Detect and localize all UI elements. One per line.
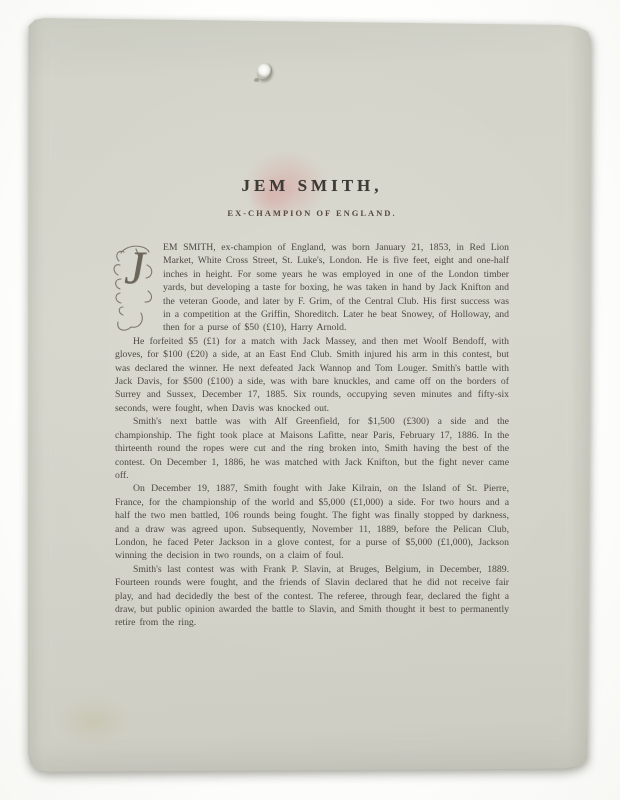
- paragraph: On December 19, 1887, Smith fought with …: [115, 482, 509, 562]
- paper-shadow-wrap: JEM SMITH, EX-CHAMPION OF ENGLAND.: [0, 0, 620, 800]
- ink-speck: [254, 78, 259, 82]
- paragraph: Smith's last contest was with Frank P. S…: [115, 563, 509, 630]
- biography-text: J EM SMITH, ex-champion of England, was …: [115, 241, 509, 630]
- page-subtitle: EX-CHAMPION OF ENGLAND.: [115, 208, 509, 218]
- paragraph: J EM SMITH, ex-champion of England, was …: [115, 241, 509, 335]
- paragraph: Smith's next battle was with Alf Greenfi…: [115, 415, 509, 482]
- drop-cap-letter: J: [124, 245, 145, 292]
- paragraph: He forfeited $5 (£1) for a match with Ja…: [115, 335, 509, 415]
- ornamental-initial: J: [111, 241, 158, 334]
- printed-content: JEM SMITH, EX-CHAMPION OF ENGLAND.: [115, 176, 509, 630]
- photo-of-document: JEM SMITH, EX-CHAMPION OF ENGLAND.: [0, 0, 620, 800]
- page-title: JEM SMITH,: [115, 176, 509, 196]
- puncture-hole: [257, 63, 272, 80]
- paragraph-text: EM SMITH, ex-champion of England, was bo…: [163, 242, 509, 333]
- paper-sheet: JEM SMITH, EX-CHAMPION OF ENGLAND.: [26, 14, 592, 774]
